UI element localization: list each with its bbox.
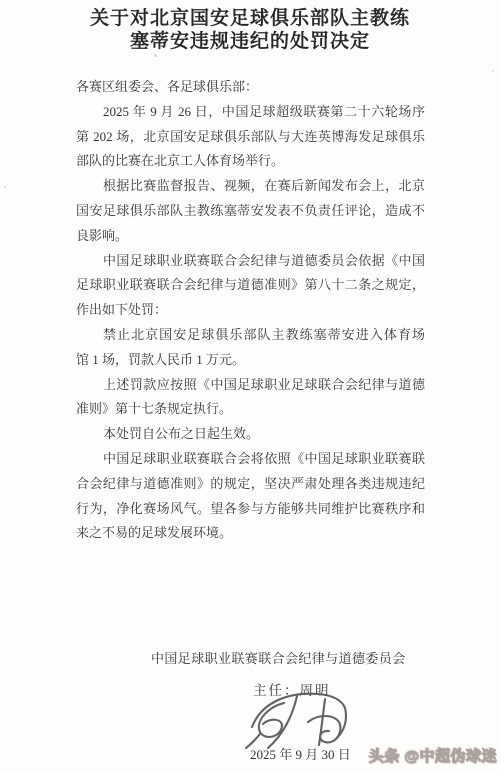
document-body-line: 国安足球俱乐部队主教练塞蒂安发表不负责任评论，造成不 <box>76 199 425 224</box>
scan-speck <box>4 186 6 188</box>
scan-speck <box>154 54 157 57</box>
handwritten-signature-zhou-ming <box>238 687 360 751</box>
document-body-line: 合会纪律与道德准则》的规定，坚决严肃处理各类违规违纪 <box>76 472 425 497</box>
document-body-line: 部队的比赛在北京工人体育场举行。 <box>76 149 425 174</box>
document-body-line: 各赛区组委会、各足球俱乐部： <box>76 75 425 100</box>
document-title-line1: 关于对北京国安足球俱乐部队主教练 <box>0 7 500 30</box>
issue-date: 2025 年 9 月 30 日 <box>250 744 351 763</box>
document-title-line2: 塞蒂安违规违纪的处罚决定 <box>0 30 500 53</box>
document-body-line: 中国足球职业联赛联合会将依照《中国足球职业联赛联 <box>76 447 425 472</box>
document-body-line: 准则》第十七条规定执行。 <box>76 397 425 422</box>
document-body-line: 本处罚自公布之日起生效。 <box>76 422 425 447</box>
scan-speck <box>492 70 494 73</box>
document-body-line: 上述罚款应按照《中国足球职业足球联合会纪律与道德 <box>76 373 425 398</box>
document-body: 各赛区组委会、各足球俱乐部：2025 年 9 月 26 日，中国足球超级联赛第二… <box>76 75 425 546</box>
document-body-line: 作出如下处罚： <box>76 298 425 323</box>
toutiao-watermark: 头条 @中超伪球迷 <box>369 745 497 766</box>
document-body-line: 2025 年 9 月 26 日，中国足球超级联赛第二十六轮场序 <box>76 100 425 125</box>
scanned-document-page: 关于对北京国安足球俱乐部队主教练 塞蒂安违规违纪的处罚决定 各赛区组委会、各足球… <box>0 0 500 771</box>
document-body-line: 禁止北京国安足球俱乐部队主教练塞蒂安进入体育场 <box>76 323 425 348</box>
document-body-line: 第 202 场，北京国安足球俱乐部队与大连英博海发足球俱乐 <box>76 125 425 150</box>
issuing-committee-name: 中国足球职业联赛联合会纪律与道德委员会 <box>151 648 406 667</box>
document-body-line: 馆 1 场，罚款人民币 1 万元。 <box>76 348 425 373</box>
document-body-line: 足球职业联赛联合会纪律与道德准则》第八十二条之规定， <box>76 273 425 298</box>
document-body-line: 来之不易的足球发展环境。 <box>76 521 425 546</box>
document-body-line: 行为，净化赛场风气。望各参与方能够共同维护比赛秩序和 <box>76 497 425 522</box>
document-title: 关于对北京国安足球俱乐部队主教练 塞蒂安违规违纪的处罚决定 <box>0 7 500 53</box>
document-body-line: 中国足球职业联赛联合会纪律与道德委员会依据《中国 <box>76 249 425 274</box>
document-body-line: 根据比赛监督报告、视频，在赛后新闻发布会上，北京 <box>76 174 425 199</box>
document-body-line: 良影响。 <box>76 224 425 249</box>
